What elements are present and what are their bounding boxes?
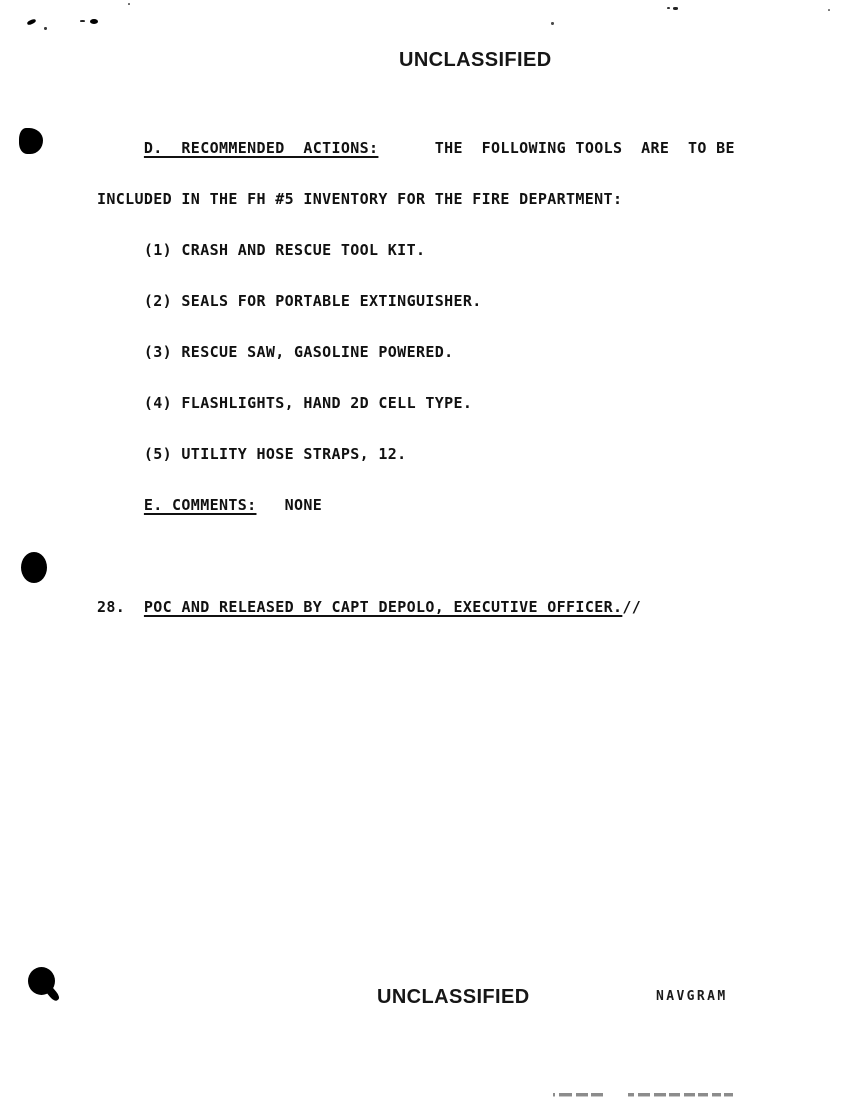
dash-mark (576, 1093, 588, 1096)
scan-speck-artifact (128, 3, 130, 5)
item-28-heading: POC AND RELEASED BY CAPT DEPOLO, EXECUTI… (144, 598, 622, 616)
indent (97, 343, 144, 361)
indent (97, 292, 144, 310)
dash-mark (684, 1093, 695, 1096)
section-d-text: THE FOLLOWING TOOLS ARE TO BE (378, 139, 734, 157)
list-item-text: (1) CRASH AND RESCUE TOOL KIT. (144, 241, 425, 259)
dash-mark (698, 1093, 708, 1096)
pencil-dash-marks (552, 1092, 742, 1098)
indent (97, 445, 144, 463)
indent (97, 241, 144, 259)
section-e-text: NONE (256, 496, 322, 514)
doc-type-label: NAVGRAM (656, 989, 728, 1004)
item-28-line: 28. POC AND RELEASED BY CAPT DEPOLO, EXE… (97, 599, 735, 616)
list-item-text: (4) FLASHLIGHTS, HAND 2D CELL TYPE. (144, 394, 472, 412)
classification-banner-top: UNCLASSIFIED (399, 49, 552, 72)
list-item: (2) SEALS FOR PORTABLE EXTINGUISHER. (97, 293, 735, 310)
scan-speck-artifact (80, 20, 85, 22)
dash-mark (669, 1093, 680, 1096)
section-d-line-1: D. RECOMMENDED ACTIONS: THE FOLLOWING TO… (97, 140, 735, 157)
list-item-text: (2) SEALS FOR PORTABLE EXTINGUISHER. (144, 292, 482, 310)
document-body: D. RECOMMENDED ACTIONS: THE FOLLOWING TO… (97, 106, 735, 650)
dash-mark (553, 1093, 555, 1096)
list-item-text: (3) RESCUE SAW, GASOLINE POWERED. (144, 343, 454, 361)
blank-line (97, 548, 735, 565)
dash-mark (591, 1093, 603, 1096)
scan-speck-artifact (44, 27, 47, 30)
section-d-heading: D. RECOMMENDED ACTIONS: (144, 139, 379, 157)
indent (97, 139, 144, 157)
scan-speck-artifact (551, 22, 554, 25)
ink-blot-artifact (21, 552, 47, 583)
scan-speck-artifact (27, 18, 37, 25)
ink-blot-artifact (19, 128, 43, 154)
indent (97, 496, 144, 514)
item-28-terminator: // (622, 598, 641, 616)
scan-speck-artifact (673, 7, 678, 10)
dash-mark (724, 1093, 733, 1096)
dash-mark (628, 1093, 634, 1096)
list-item: (3) RESCUE SAW, GASOLINE POWERED. (97, 344, 735, 361)
dash-mark (654, 1093, 666, 1096)
scan-speck-artifact (90, 19, 98, 24)
dash-mark (559, 1093, 572, 1096)
item-28-number: 28. (97, 598, 125, 616)
separator (125, 598, 144, 616)
list-item: (1) CRASH AND RESCUE TOOL KIT. (97, 242, 735, 259)
scanned-document-page: UNCLASSIFIED D. RECOMMENDED ACTIONS: THE… (0, 0, 850, 1107)
list-item: (4) FLASHLIGHTS, HAND 2D CELL TYPE. (97, 395, 735, 412)
classification-banner-bottom: UNCLASSIFIED (377, 986, 530, 1009)
dash-mark (712, 1093, 721, 1096)
section-d-line-2: INCLUDED IN THE FH #5 INVENTORY FOR THE … (97, 191, 735, 208)
section-e-heading: E. COMMENTS: (144, 496, 257, 514)
list-item: (5) UTILITY HOSE STRAPS, 12. (97, 446, 735, 463)
list-item-text: (5) UTILITY HOSE STRAPS, 12. (144, 445, 407, 463)
ink-blot-tail-artifact (43, 984, 61, 1003)
scan-speck-artifact (667, 7, 670, 9)
section-e-line: E. COMMENTS: NONE (97, 497, 735, 514)
scan-speck-artifact (828, 9, 830, 11)
indent (97, 394, 144, 412)
section-d-wrap-text: INCLUDED IN THE FH #5 INVENTORY FOR THE … (97, 190, 622, 208)
dash-mark (638, 1093, 650, 1096)
